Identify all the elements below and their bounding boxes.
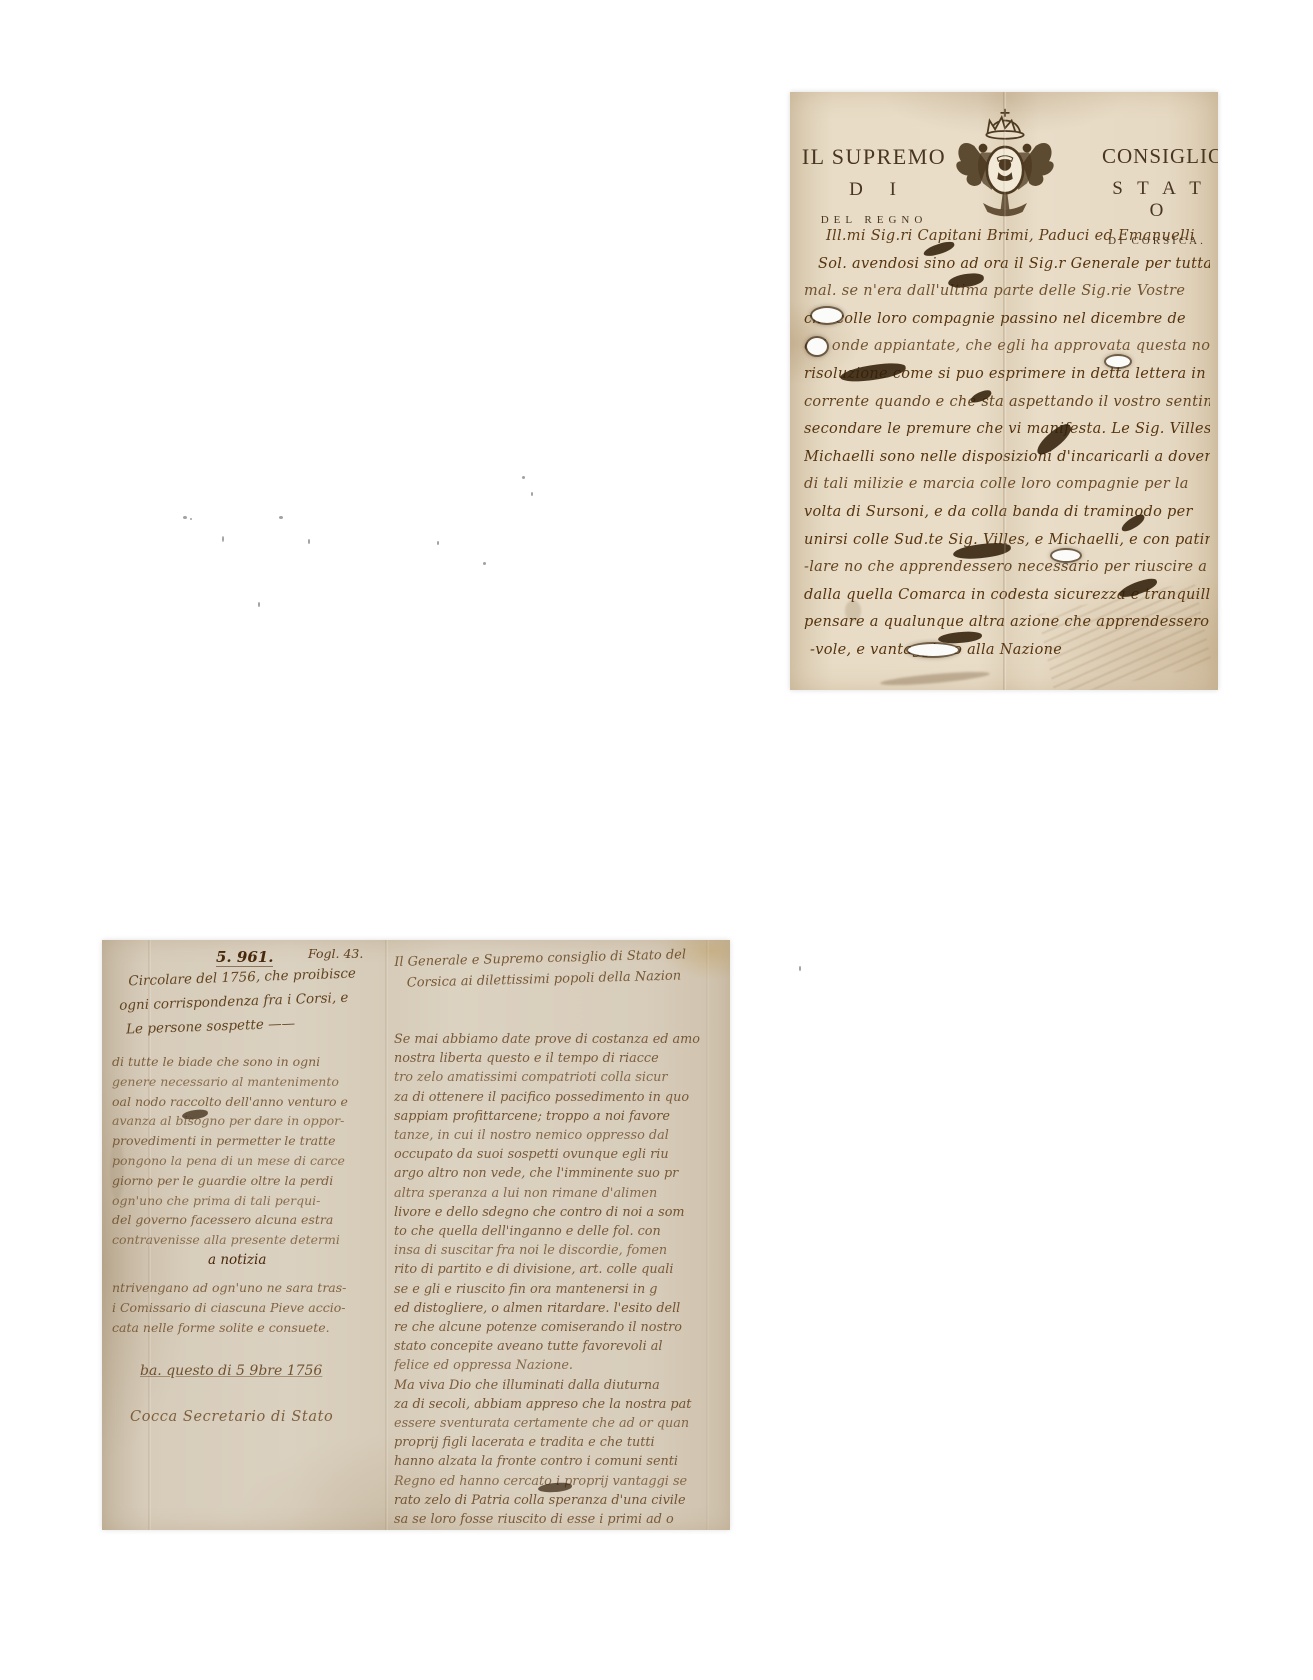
manuscript-line: chi onde appiantate, che egli ha approva… xyxy=(804,333,1210,361)
manuscript-line: nostra liberta questo e il tempo di riac… xyxy=(394,1049,730,1068)
manuscript-line: oal nodo raccolto dell'anno venturo e xyxy=(112,1092,380,1112)
manuscript-line: di tali milizie e marcia colle loro comp… xyxy=(804,471,1210,499)
manuscript-line: provedimenti in permetter le tratte xyxy=(112,1131,380,1151)
manuscript-line: tanze, in cui il nostro nemico oppresso … xyxy=(394,1126,730,1145)
signature-line: Cocca Secretario di Stato xyxy=(112,1409,380,1425)
manuscript-line: mal. se n'era dall'ultima parte delle Si… xyxy=(804,278,1210,306)
manuscript-line: ntrivengano ad ogn'uno ne sara tras- xyxy=(112,1278,380,1298)
paper-hole xyxy=(812,308,842,323)
circular-title: Circolare del 1756, che proibisceogni co… xyxy=(112,961,382,1042)
letterhead-left: IL SUPREMO D I DEL REGNO xyxy=(798,144,950,226)
dust-speck xyxy=(190,518,192,520)
left-column-body: di tutte le biade che sono in ognigenere… xyxy=(112,1052,380,1250)
manuscript-line: contravenisse alla presente determi xyxy=(112,1230,380,1250)
ink-smudge xyxy=(880,669,990,688)
dust-speck xyxy=(308,539,310,544)
manuscript-line: livore e dello sdegno che contro di noi … xyxy=(394,1203,730,1222)
manuscript-line: che colle loro compagnie passino nel dic… xyxy=(804,306,1210,334)
dust-speck xyxy=(483,562,486,565)
manuscript-line: insa di suscitar fra noi le discordie, f… xyxy=(394,1241,730,1260)
manuscript-line: proprij figli lacerata e tradita e che t… xyxy=(394,1433,730,1452)
manuscript-line: sa se loro fosse riuscito di esse i prim… xyxy=(394,1510,730,1529)
notice-line: a notizia xyxy=(112,1250,380,1270)
manuscript-circolare-1756: 5. 961. Fogl. 43. Circolare del 1756, ch… xyxy=(102,940,730,1530)
manuscript-line: volta di Sursoni, e da colla banda di tr… xyxy=(804,499,1210,527)
manuscript-line: rato zelo di Patria colla speranza d'una… xyxy=(394,1491,730,1510)
folio-number: Fogl. 43. xyxy=(308,946,363,961)
manuscript-line: Se mai abbiamo date prove di costanza ed… xyxy=(394,1030,730,1049)
manuscript-line: Ma viva Dio che illuminati dalla diuturn… xyxy=(394,1376,730,1395)
left-column-closing: ntrivengano ad ogn'uno ne sara tras-i Co… xyxy=(112,1278,380,1337)
manuscript-line: sappiam profittarcene; troppo a noi favo… xyxy=(394,1107,730,1126)
manuscript-line: ed distogliere, o almen ritardare. l'esi… xyxy=(394,1299,730,1318)
fold-crease xyxy=(385,940,388,1530)
dust-speck xyxy=(799,966,801,971)
letterhead-right-line1: CONSIGLIO xyxy=(1102,144,1212,169)
page: { "palette": { "page_background": "#ffff… xyxy=(0,0,1313,1680)
ink-smudge xyxy=(845,600,861,622)
dust-speck xyxy=(522,476,525,479)
dust-speck xyxy=(222,536,224,542)
date-line: ba. questo di 5 9bre 1756 xyxy=(112,1363,380,1379)
manuscript-line: genere necessario al mantenimento xyxy=(112,1072,380,1092)
manuscript-line: pongono la pena di un mese di carce xyxy=(112,1151,380,1171)
manuscript-line: Ill.mi Sig.ri Capitani Brimi, Paduci ed … xyxy=(804,223,1210,251)
manuscript-line: corrente quando e che sta aspettando il … xyxy=(804,389,1210,417)
paper-hole xyxy=(807,338,827,355)
manuscript-line: hanno alzata la fronte contro i comuni s… xyxy=(394,1452,730,1471)
manuscript-line: se e gli e riuscito fin ora mantenersi i… xyxy=(394,1280,730,1299)
manuscript-line: del governo facessero alcuna estra xyxy=(112,1210,380,1230)
manuscript-line: Michaelli sono nelle disposizioni d'inca… xyxy=(804,444,1210,472)
paper-hole xyxy=(908,644,958,656)
manuscript-line: Sol. avendosi sino ad ora il Sig.r Gener… xyxy=(804,251,1210,279)
manuscript-line: rito di partito e di divisione, art. col… xyxy=(394,1260,730,1279)
fold-crease xyxy=(1003,92,1006,690)
manuscript-line: di tutte le biade che sono in ogni xyxy=(112,1052,380,1072)
manuscript-line: za di ottenere il pacifico possedimento … xyxy=(394,1088,730,1107)
dust-speck xyxy=(437,541,439,545)
manuscript-line: cata nelle forme solite e consuete. xyxy=(112,1318,380,1338)
manuscript-line: i Comissario di ciascuna Pieve accio- xyxy=(112,1298,380,1318)
letterhead-left-line1: IL SUPREMO xyxy=(798,144,950,170)
right-column: Il Generale e Supremo consiglio di Stato… xyxy=(394,952,730,1529)
manuscript-line: giorno per le guardie oltre la perdi xyxy=(112,1171,380,1191)
dust-speck xyxy=(531,492,533,496)
letterhead-left-line2: D I xyxy=(798,179,950,201)
manuscript-line: to che quella dell'inganno e delle fol. … xyxy=(394,1222,730,1241)
right-column-body: Se mai abbiamo date prove di costanza ed… xyxy=(394,1030,730,1529)
manuscript-line: stato concepite aveano tutte favorevoli … xyxy=(394,1337,730,1356)
manuscript-line: secondare le premure che vi manifesta. L… xyxy=(804,416,1210,444)
manuscript-line: tro zelo amatissimi compatrioti colla si… xyxy=(394,1068,730,1087)
letterhead-right-line2: S T A T O xyxy=(1102,178,1212,222)
manuscript-line: re che alcune potenze comiserando il nos… xyxy=(394,1318,730,1337)
manuscript-line: -lare no che apprendessero necessario pe… xyxy=(804,554,1210,582)
proclamation-heading: Il Generale e Supremo consiglio di Stato… xyxy=(394,943,730,994)
manuscript-line: za di secoli, abbiam appreso che la nost… xyxy=(394,1395,730,1414)
manuscript-supremo-consiglio: IL SUPREMO D I DEL REGNO xyxy=(790,92,1218,690)
manuscript-line: avanza al bisogno per dare in oppor- xyxy=(112,1111,380,1131)
manuscript-line: felice ed oppressa Nazione. xyxy=(394,1356,730,1375)
manuscript-line: ogn'uno che prima di tali perqui- xyxy=(112,1191,380,1211)
paper-hole xyxy=(1052,550,1080,561)
dust-speck xyxy=(183,516,187,519)
dust-speck xyxy=(258,602,260,607)
paper-hole xyxy=(1106,356,1130,367)
age-stain xyxy=(110,1140,124,1200)
manuscript-line: altra speranza a lui non rimane d'alimen xyxy=(394,1184,730,1203)
left-column: 5. 961. Fogl. 43. Circolare del 1756, ch… xyxy=(112,948,380,1425)
manuscript-line: essere sventurata certamente che ad or q… xyxy=(394,1414,730,1433)
dust-speck xyxy=(279,516,283,519)
manuscript-line: occupato da suoi sospetti ovunque egli r… xyxy=(394,1145,730,1164)
manuscript-line: argo altro non vede, che l'imminente suo… xyxy=(394,1164,730,1183)
